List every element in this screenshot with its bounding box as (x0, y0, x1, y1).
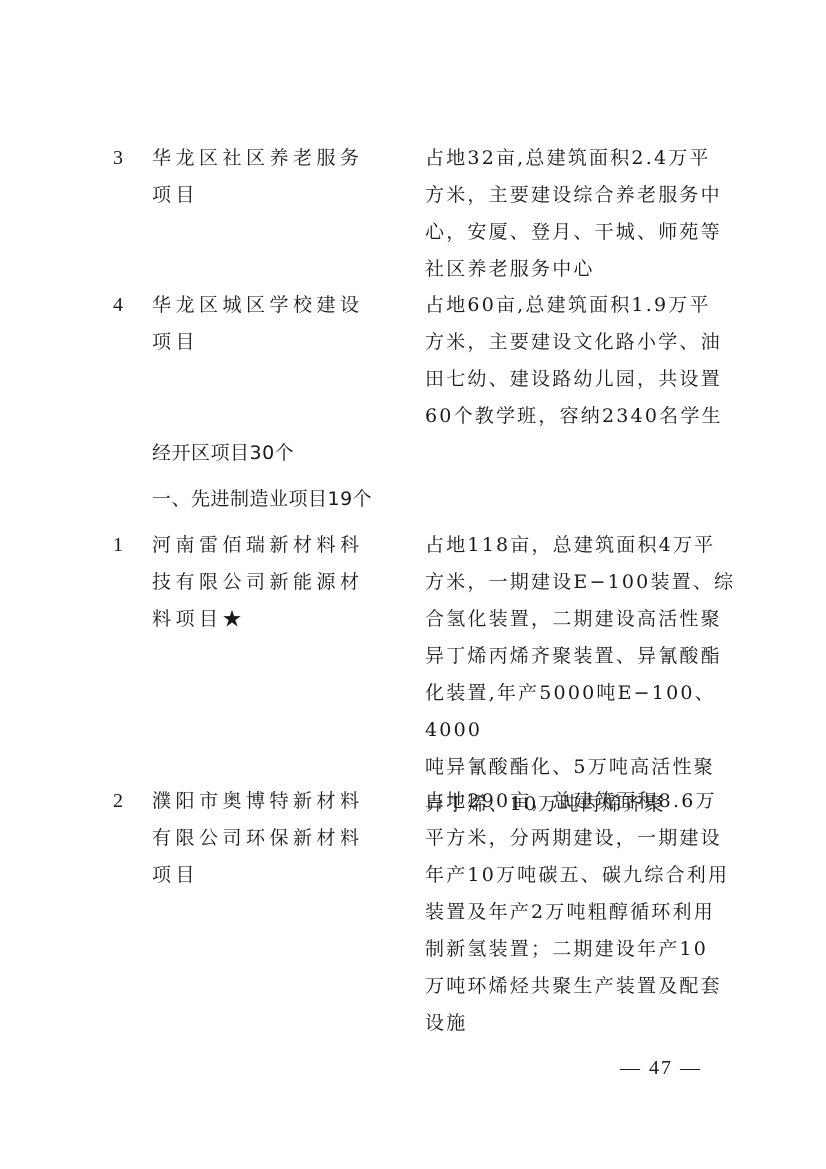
district-heading: 经开区项目30个 (152, 438, 294, 468)
project-number: 3 (113, 140, 133, 177)
document-page: 3 华龙区社区养老服务 项目 占地32亩,总建筑面积2.4万平 方米，主要建设综… (0, 0, 826, 1169)
project-name: 河南雷佰瑞新材料科 技有限公司新能源材 料项目★ (152, 527, 372, 638)
project-number: 2 (113, 783, 133, 820)
project-description: 占地32亩,总建筑面积2.4万平 方米，主要建设综合养老服务中 心，安厦、登月、… (425, 140, 745, 288)
page-number: — 47 — (620, 1055, 702, 1081)
project-description: 占地60亩,总建筑面积1.9万平 方米，主要建设文化路小学、油 田七幼、建设路幼… (425, 287, 745, 435)
project-description: 占地290亩，总建筑面积8.6万 平方米，分两期建设，一期建设 年产10万吨碳五… (425, 783, 745, 1042)
project-number: 4 (113, 287, 133, 324)
project-number: 1 (113, 527, 133, 564)
project-name: 濮阳市奥博特新材料 有限公司环保新材料 项目 (152, 783, 372, 894)
category-heading: 一、先进制造业项目19个 (152, 484, 372, 514)
project-name: 华龙区城区学校建设 项目 (152, 287, 372, 361)
project-name: 华龙区社区养老服务 项目 (152, 140, 372, 214)
project-description: 占地118亩，总建筑面积4万平 方米，一期建设E−100装置、综 合氢化装置，二… (425, 527, 745, 823)
